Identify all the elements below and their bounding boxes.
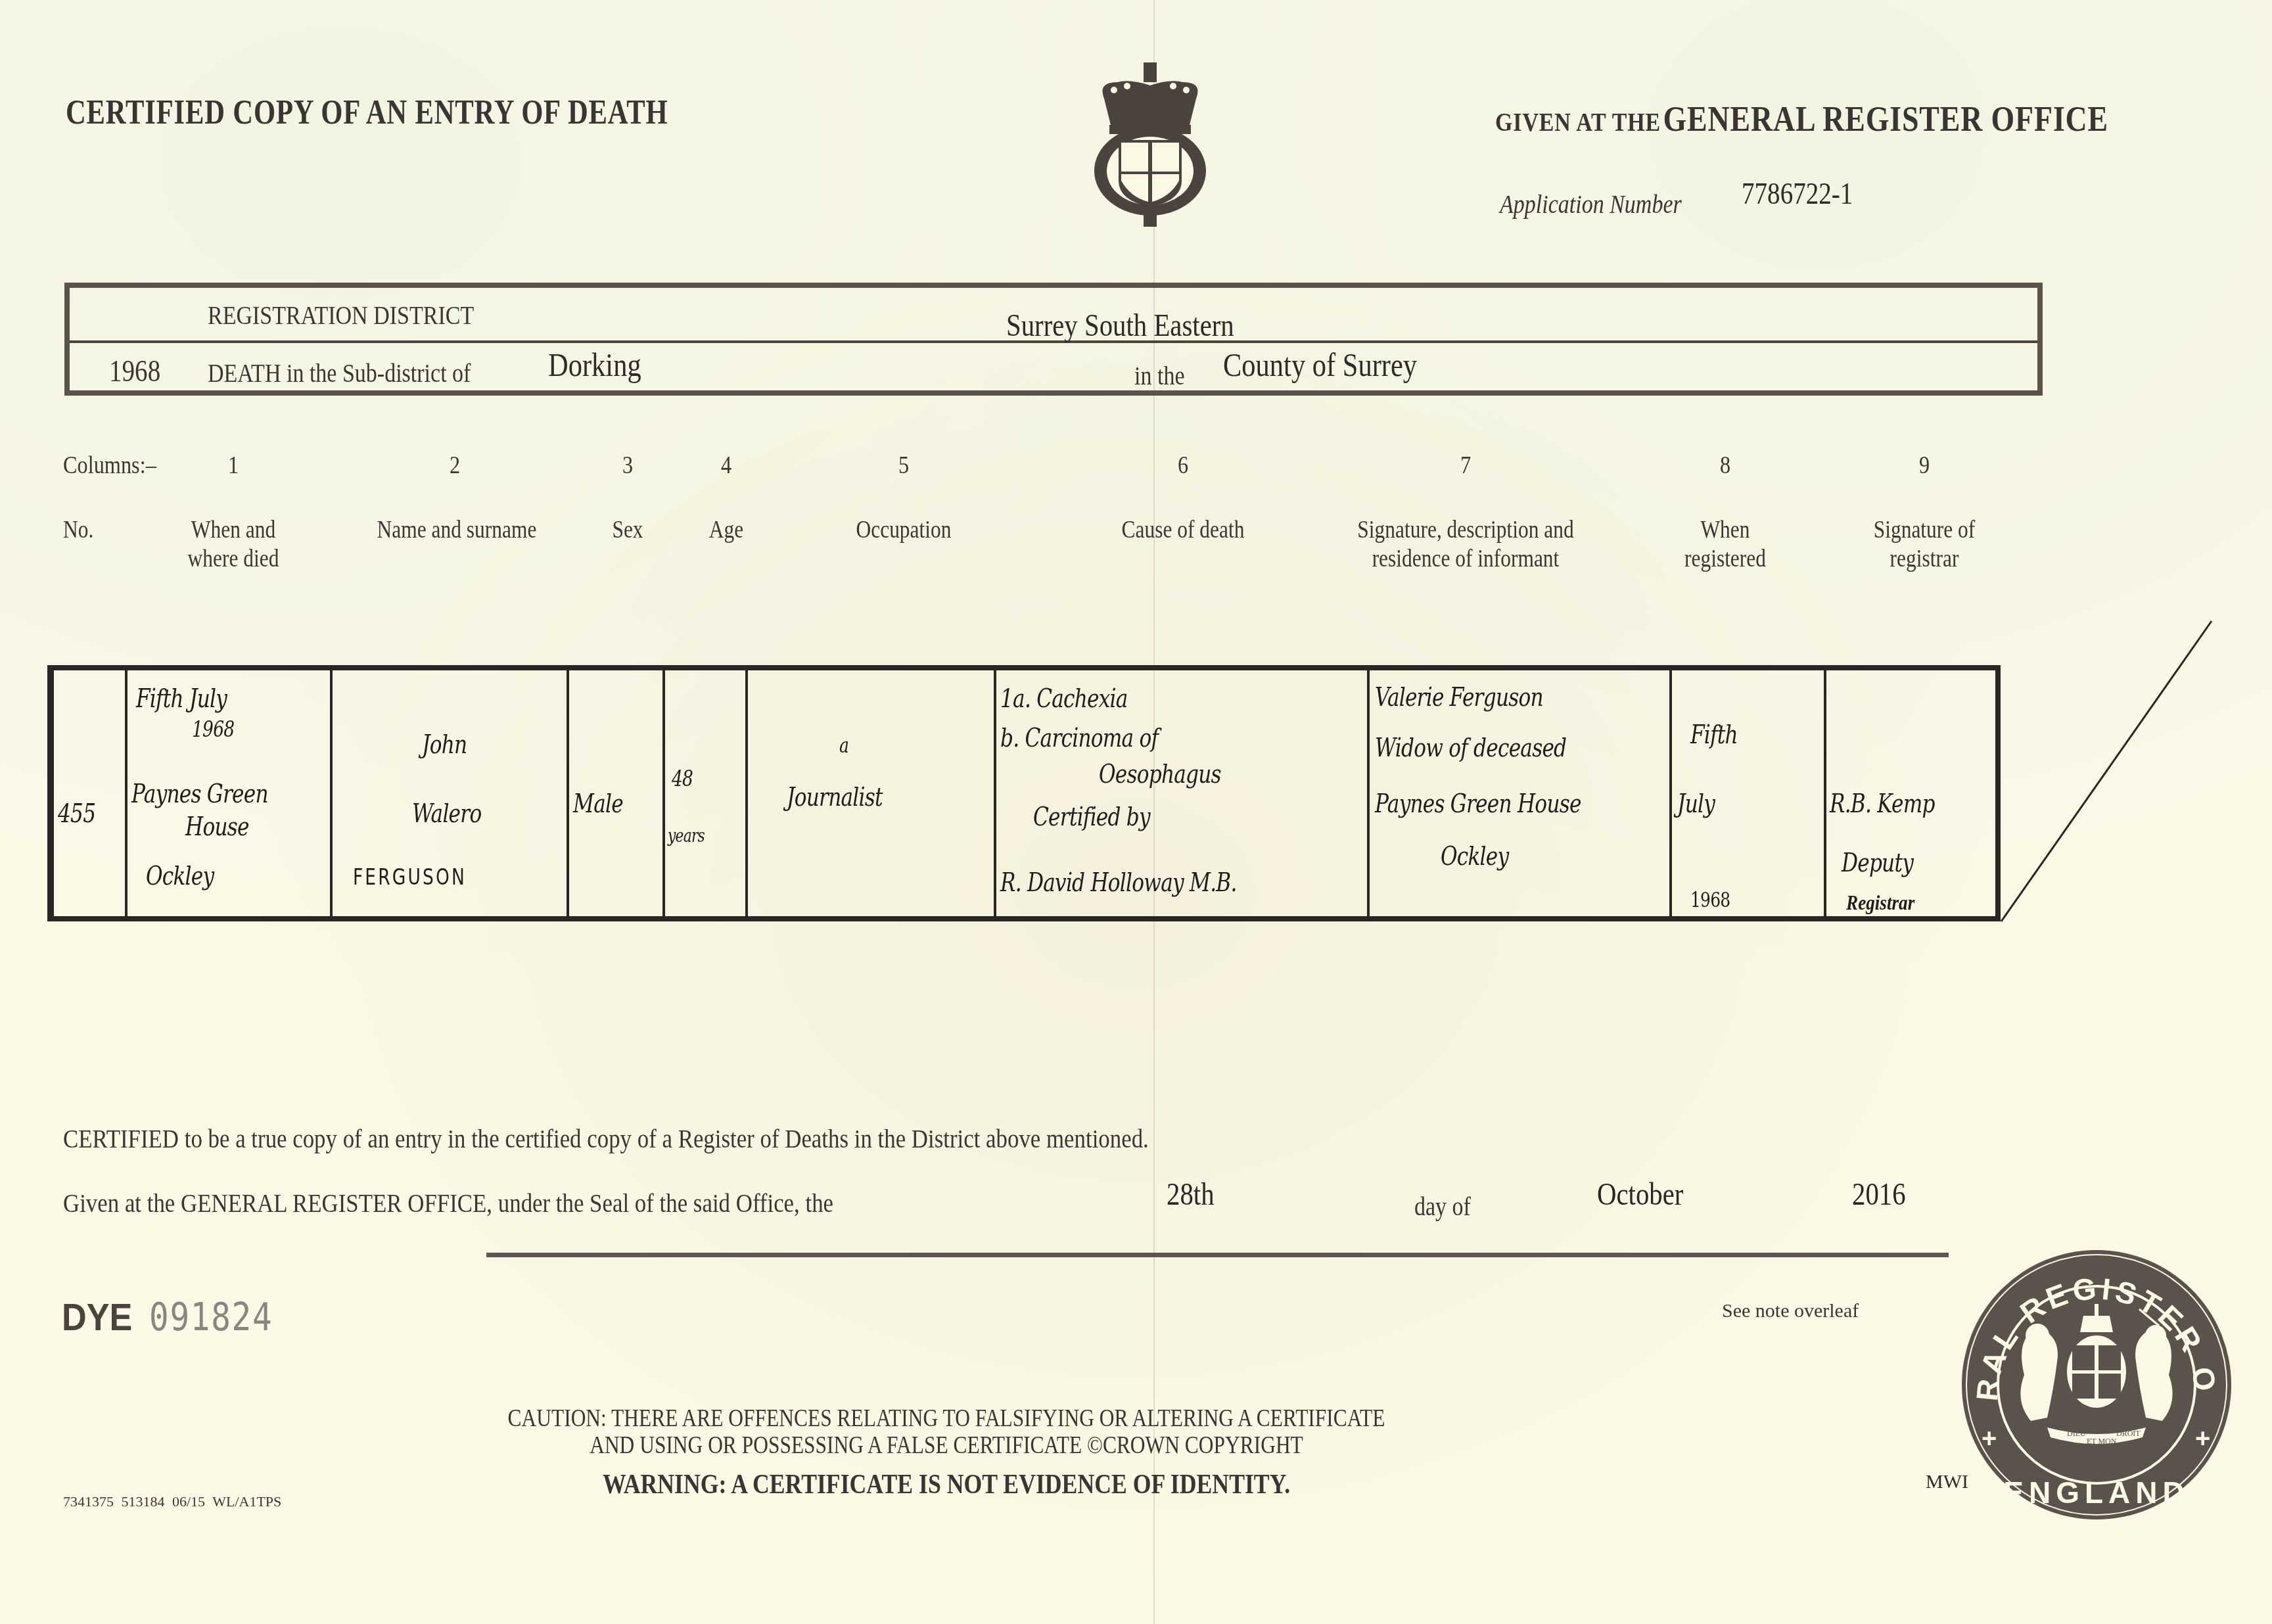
column-number-3: 3 [616,451,639,480]
registration-district-label: REGISTRATION DISTRICT [208,300,474,331]
entry-registered-year: 1968 [1690,887,1730,912]
subdistrict-value: Dorking [548,346,641,384]
caution-line-1: CAUTION: THERE ARE OFFENCES RELATING TO … [142,1404,1751,1433]
entry-certified-by: Certified by [1033,802,1150,832]
issue-year: 2016 [1852,1176,1906,1213]
caution-line-2: AND USING OR POSSESSING A FALSE CERTIFIC… [142,1431,1751,1460]
serial-number: 091824 [149,1295,273,1339]
column-number-5: 5 [893,451,915,480]
entry-year-of-death: 1968 [192,716,234,743]
column-number-7: 7 [1454,451,1477,480]
header-cause-of-death: Cause of death [1105,516,1261,545]
entry-number: 455 [58,799,95,829]
issue-month: October [1597,1176,1683,1213]
county-label: in the [1134,360,1184,391]
entry-informant-description: Widow of deceased [1375,733,1566,763]
entry-cause-1b-cont: Oesophagus [1099,759,1221,789]
entry-registered-day: Fifth [1690,720,1738,750]
entry-cause-1b: b. Carcinoma of [1000,723,1158,753]
identity-warning: WARNING: A CERTIFICATE IS NOT EVIDENCE O… [142,1469,1751,1500]
svg-text:DROIT: DROIT [2116,1429,2141,1438]
entry-date-of-death: Fifth July [136,684,227,714]
column-divider [994,670,996,916]
entry-age-number: 48 [672,766,693,792]
svg-text:+: + [1982,1424,1997,1453]
entry-first-name: John [422,730,467,760]
entry-certifying-doctor: R. David Holloway M.B. [1000,868,1237,898]
entry-middle-name: Walero [412,799,481,829]
column-divider [1669,670,1672,916]
entry-informant-residence: Paynes Green House [1375,789,1581,819]
column-divider [567,670,569,916]
see-note-overleaf: See note overleaf [1722,1300,1859,1322]
entry-occupation-article: a [839,733,848,758]
issuing-office-prefix: GIVEN AT THE [1495,107,1661,137]
given-at-statement: Given at the GENERAL REGISTER OFFICE, un… [63,1187,833,1218]
entry-registrar-signature: R.B. Kemp [1830,789,1935,819]
general-register-office-seal-icon: GENERAL REGISTER OFFICE ENGLAND + + DIEU… [1955,1243,2238,1526]
entry-place-line2: House [185,812,249,842]
application-number-value: 7786722-1 [1742,176,1853,211]
county-value: County of Surrey [1223,346,1417,384]
issuing-office-title: GIVEN AT THE GENERAL REGISTER OFFICE [1495,99,2108,139]
svg-text:DIEU: DIEU [2067,1429,2086,1438]
registration-district-value: Surrey South Eastern [1006,308,1234,344]
header-informant: Signature, description and residence of … [1354,516,1577,574]
header-registrar-signature: Signature of registrar [1868,516,1980,574]
issue-day: 28th [1167,1176,1215,1213]
svg-text:+: + [2195,1424,2210,1453]
column-number-8: 8 [1714,451,1736,480]
entry-informant-town: Ockley [1441,841,1508,871]
entry-surname: FERGUSON [353,864,467,891]
header-when-registered-line2: registered [1669,545,1781,574]
entry-informant-name: Valerie Ferguson [1375,682,1543,712]
entry-registrar-label: Registrar [1846,891,1914,915]
column-number-1: 1 [222,451,244,480]
entry-registered-month: July [1677,789,1715,819]
certificate-serial-number: DYE091824 [62,1295,295,1339]
header-registrar-line1: Signature of [1868,516,1980,545]
entry-place-line3: Ockley [146,861,214,891]
header-when-where-line2: where died [177,545,289,574]
columns-label: Columns:– [63,451,156,480]
header-when-where-died: When and where died [177,516,289,574]
column-divider [662,670,665,916]
header-when-registered: When registered [1669,516,1781,574]
header-name-surname: Name and surname [370,516,544,545]
column-number-4: 4 [715,451,737,480]
column-number-2: 2 [444,451,466,480]
entry-cause-1a: 1a. Cachexia [1000,684,1128,714]
signature-rule [486,1253,1949,1257]
header-no: No. [63,516,93,545]
death-entry-table: 455 Fifth July 1968 Paynes Green House O… [47,665,2001,921]
registration-year: 1968 [109,354,160,388]
cancellation-diagonal-line [1998,618,2215,923]
header-occupation: Occupation [848,516,960,545]
svg-text:ENGLAND: ENGLAND [2003,1475,2189,1510]
column-number-9: 9 [1913,451,1936,480]
column-number-6: 6 [1172,451,1194,480]
header-age: Age [701,516,752,545]
serial-prefix: DYE [62,1295,132,1339]
issuing-office-name: GENERAL REGISTER OFFICE [1663,99,2108,139]
entry-registrar-title: Deputy [1842,848,1913,878]
registration-district-box: REGISTRATION DISTRICT Surrey South Easte… [64,283,2043,396]
subdistrict-label: DEATH in the Sub-district of [208,358,471,388]
header-registrar-line2: registrar [1868,545,1980,574]
form-code: 7341375 513184 06/15 WL/A1TPS [63,1493,281,1510]
column-divider [1367,670,1370,916]
entry-occupation: Journalist [787,782,883,812]
column-divider [125,670,128,916]
entry-sex: Male [573,789,623,819]
header-when-registered-line1: When [1669,516,1781,545]
day-of-label: day of [1414,1191,1471,1222]
column-divider [745,670,748,916]
header-informant-line1: Signature, description and [1354,516,1577,545]
svg-text:ET MON: ET MON [2087,1437,2117,1446]
column-divider [1824,670,1826,916]
column-divider [330,670,333,916]
header-when-where-line1: When and [177,516,289,545]
entry-place-line1: Paynes Green [131,779,268,809]
certification-statement: CERTIFIED to be a true copy of an entry … [63,1123,1149,1154]
header-sex: Sex [603,516,653,545]
certificate-title: CERTIFIED COPY OF AN ENTRY OF DEATH [66,93,668,132]
application-number-label: Application Number [1500,189,1682,220]
entry-age-unit: years [668,825,705,847]
royal-coat-of-arms-icon [1078,62,1222,227]
header-informant-line2: residence of informant [1354,545,1577,574]
